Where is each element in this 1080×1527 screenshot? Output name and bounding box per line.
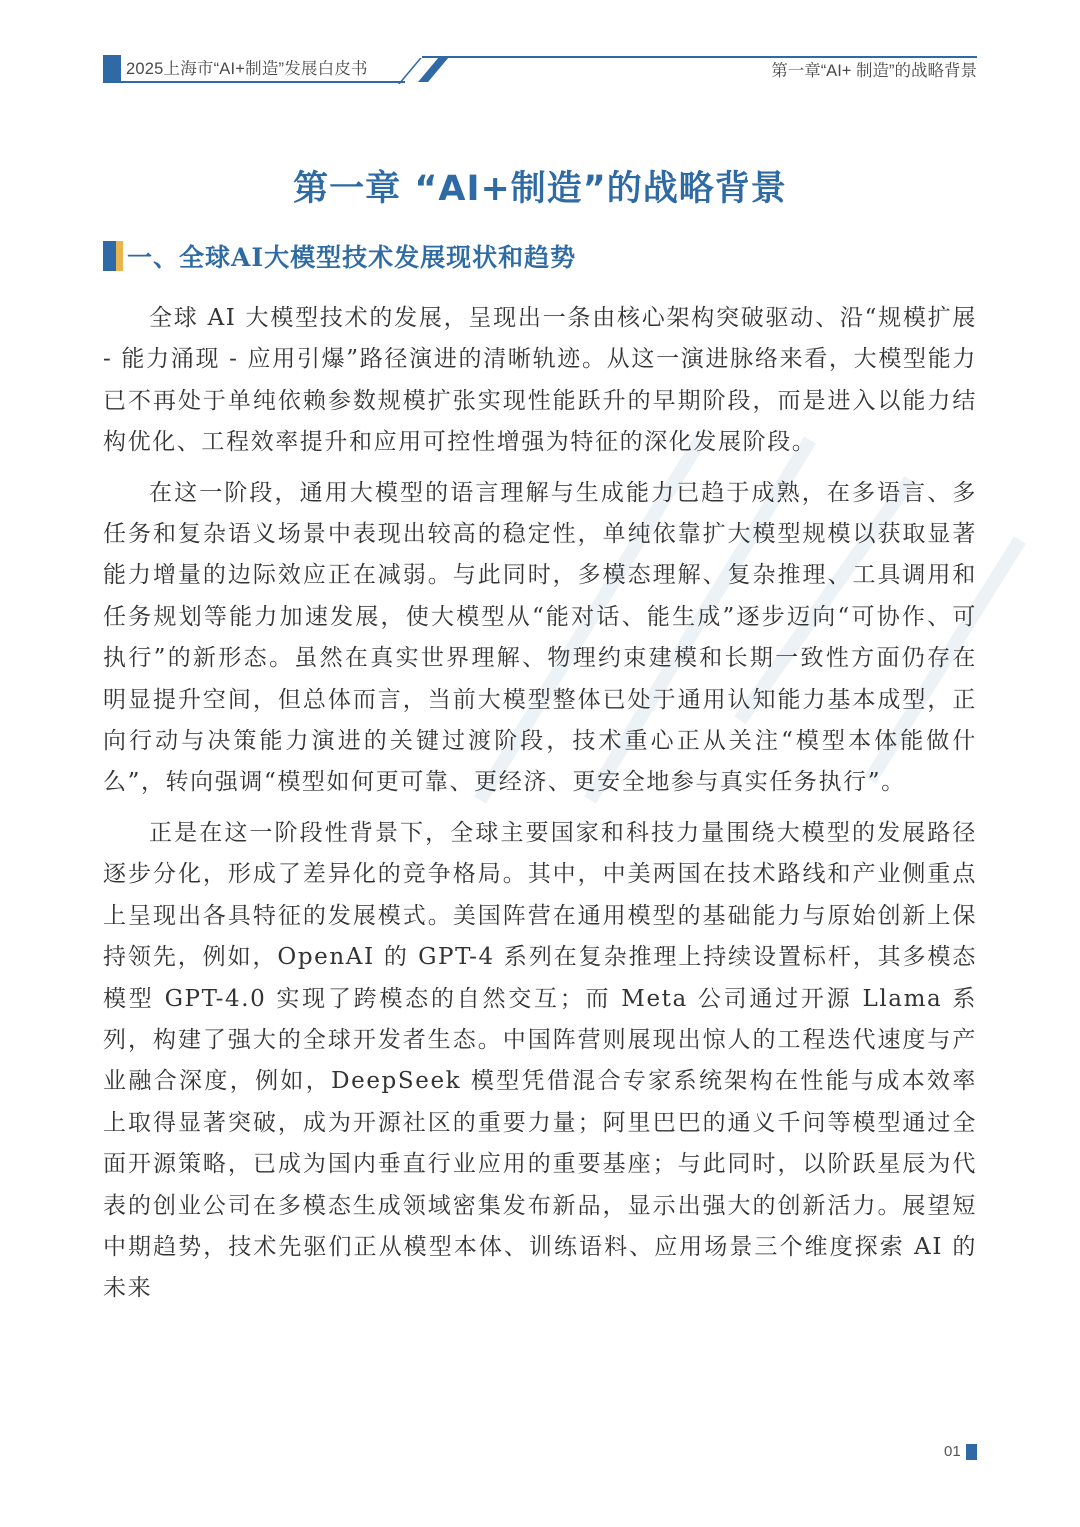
section-marker-gold [116, 241, 123, 271]
running-chapter-title: 第一章“AI+ 制造”的战略背景 [771, 59, 977, 83]
body-text: 全球 AI 大模型技术的发展，呈现出一条由核心架构突破驱动、沿“规模扩展 - 能… [103, 298, 977, 1310]
paragraph: 全球 AI 大模型技术的发展，呈现出一条由核心架构突破驱动、沿“规模扩展 - 能… [103, 298, 977, 464]
header-slash-decoration-thick [418, 58, 448, 82]
chapter-title: 第一章 “AI+制造”的战略背景 [0, 161, 1080, 217]
paragraph: 正是在这一阶段性背景下，全球主要国家和科技力量围绕大模型的发展路径逐步分化，形成… [103, 813, 977, 1310]
header-underline [103, 81, 405, 83]
section-marker-blue [103, 241, 116, 271]
header-rule-line [422, 56, 977, 58]
running-header: 2025上海市“AI+制造”发展白皮书 第一章“AI+ 制造”的战略背景 [0, 0, 1080, 100]
document-title: 2025上海市“AI+制造”发展白皮书 [126, 57, 368, 81]
paragraph: 在这一阶段，通用大模型的语言理解与生成能力已趋于成熟，在多语言、多任务和复杂语义… [103, 473, 977, 804]
page-number: 01 [944, 1442, 961, 1462]
section-heading-text: 一、全球AI大模型技术发展现状和趋势 [127, 238, 576, 274]
page-number-marker [966, 1444, 977, 1460]
section-heading: 一、全球AI大模型技术发展现状和趋势 [103, 238, 576, 274]
header-marker-block [103, 55, 121, 82]
